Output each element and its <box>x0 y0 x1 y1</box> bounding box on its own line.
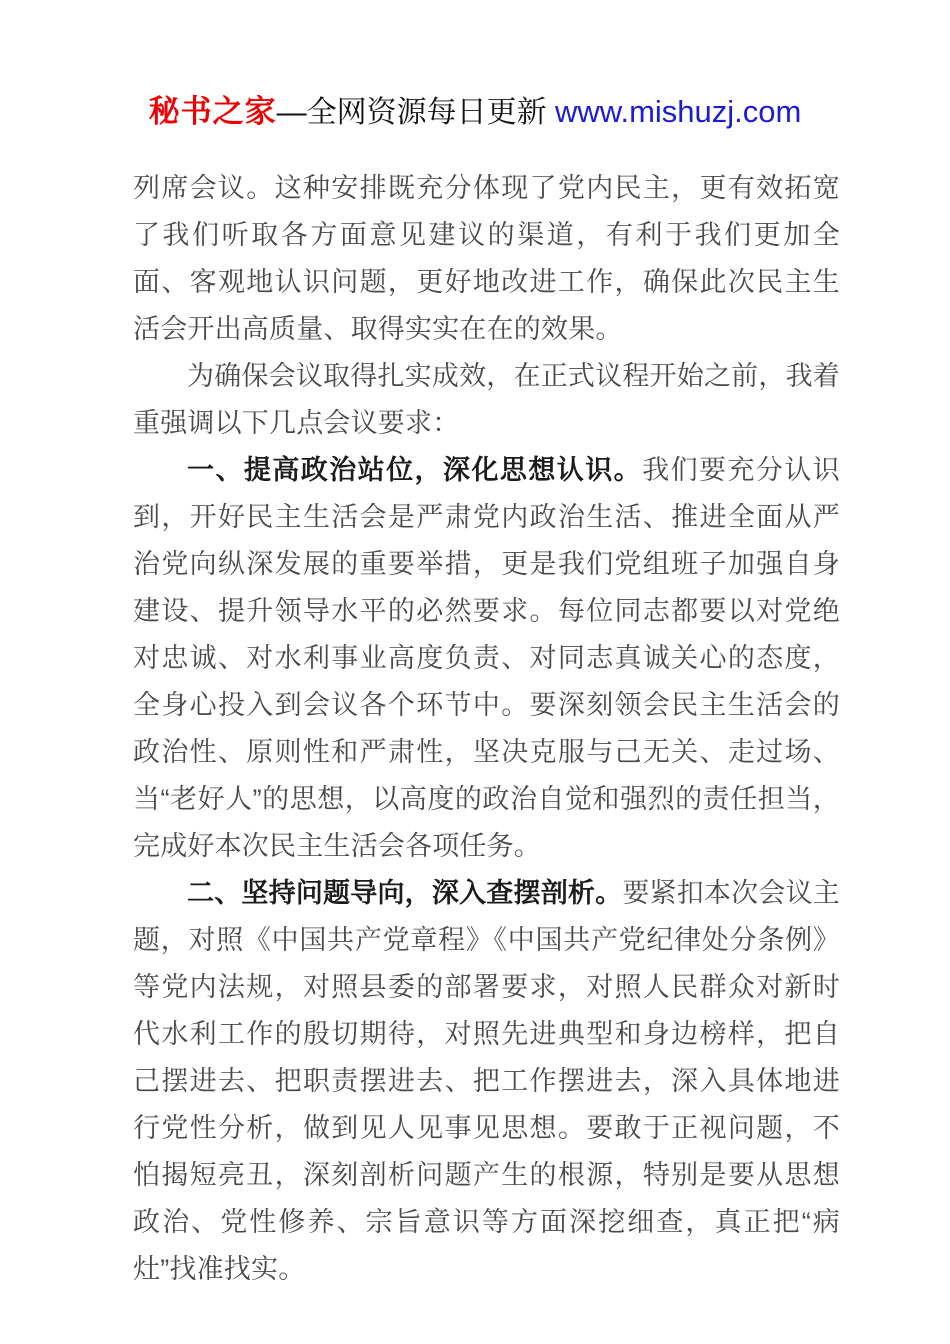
paragraph-2: 为确保会议取得扎实成效，在正式议程开始之前，我着重强调以下几点会议要求： <box>133 353 840 447</box>
paragraph-4-text: 要紧扣本次会议主题，对照《中国共产党章程》《中国共产党纪律处分条例》等党内法规，… <box>133 878 840 1284</box>
paragraph-4: 二、坚持问题导向，深入查摆剖析。要紧扣本次会议主题，对照《中国共产党章程》《中国… <box>133 870 840 1293</box>
paragraph-4-heading: 二、坚持问题导向，深入查摆剖析。 <box>187 878 622 908</box>
document-header: 秘书之家—全网资源每日更新 www.mishuzj.com <box>0 0 950 131</box>
site-url-link[interactable]: www.mishuzj.com <box>555 94 801 129</box>
site-brand: 秘书之家 <box>149 94 277 129</box>
document-page: 秘书之家—全网资源每日更新 www.mishuzj.com 列席会议。这种安排既… <box>0 0 950 1344</box>
paragraph-3-text: 我们要充分认识到，开好民主生活会是严肃党内政治生活、推进全面从严治党向纵深发展的… <box>133 455 840 861</box>
site-tagline: —全网资源每日更新 <box>277 96 555 129</box>
paragraph-1-text: 列席会议。这种安排既充分体现了党内民主，更有效拓宽了我们听取各方面意见建议的渠道… <box>133 173 840 344</box>
paragraph-3-heading: 一、提高政治站位，深化思想认识。 <box>187 455 642 485</box>
paragraph-2-text: 为确保会议取得扎实成效，在正式议程开始之前，我着重强调以下几点会议要求： <box>133 361 840 438</box>
paragraph-1: 列席会议。这种安排既充分体现了党内民主，更有效拓宽了我们听取各方面意见建议的渠道… <box>133 165 840 353</box>
document-body: 列席会议。这种安排既充分体现了党内民主，更有效拓宽了我们听取各方面意见建议的渠道… <box>133 165 840 1293</box>
paragraph-3: 一、提高政治站位，深化思想认识。我们要充分认识到，开好民主生活会是严肃党内政治生… <box>133 447 840 870</box>
